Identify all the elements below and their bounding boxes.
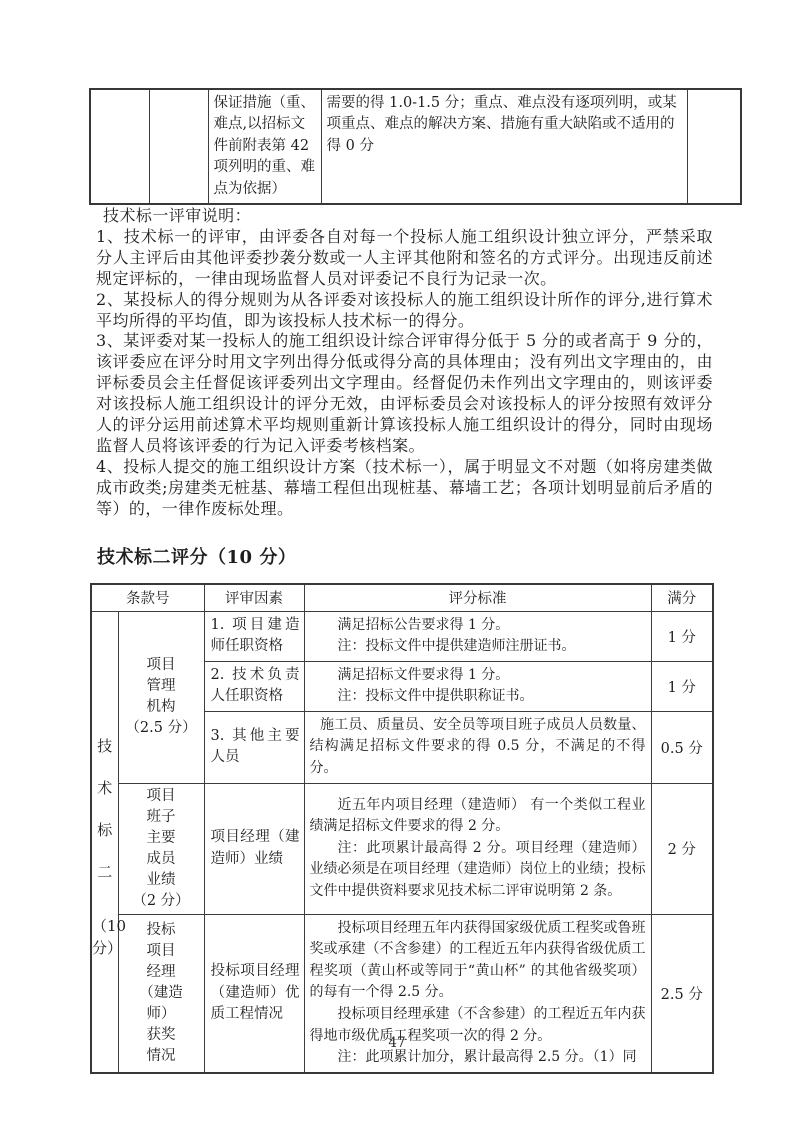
factor-cell: 2. 技术负责人任职资格 bbox=[204, 661, 304, 711]
document-page: 保证措施（重、难点,以招标文件前附表第 42 项列明的重、难点为依据） 需要的得… bbox=[0, 0, 794, 1122]
tech-bid-1-notes: 技术标一评审说明： 1、技术标一的评审，由评委各自对每一个投标人施工组织设计独立… bbox=[96, 206, 713, 520]
continued-score-table: 保证措施（重、难点,以招标文件前附表第 42 项列明的重、难点为依据） 需要的得… bbox=[89, 88, 742, 205]
factor-cell: 1. 项目建造师任职资格 bbox=[204, 611, 304, 661]
page-number: 47 bbox=[0, 1035, 794, 1051]
criteria-paragraph: 施工员、质量员、安全员等项目班子成员人员数量、结构满足招标文件要求的得 0.5 … bbox=[310, 715, 646, 780]
notes-title: 技术标一评审说明： bbox=[96, 206, 713, 227]
note-item: 4、投标人提交的施工组织设计方案（技术标一），属于明显文不对题（如将房建类做成市… bbox=[96, 457, 713, 520]
section-heading: 技术标二评分（10 分） bbox=[97, 543, 296, 569]
side-label-suffix: （10 分） bbox=[92, 915, 118, 959]
criteria-cell: 满足招标文件要求得 1 分。 注：投标文件中提供职称证书。 bbox=[304, 661, 651, 711]
side-label-main: 技 术 标 二 bbox=[92, 725, 118, 893]
max-score-cell: 1 分 bbox=[651, 611, 713, 661]
note-item: 1、技术标一的评审，由评委各自对每一个投标人施工组织设计独立评分，严禁采取分人主… bbox=[96, 227, 713, 290]
group-label-cell: 项目 班子 主要 成员 业绩 （2 分） bbox=[118, 783, 204, 914]
criteria-paragraph: 注：投标文件中提供职称证书。 bbox=[310, 686, 646, 708]
header-criteria: 评分标准 bbox=[304, 584, 651, 611]
note-item: 2、某投标人的得分规则为从各评委对该投标人的施工组织设计所作的评分,进行算术平均… bbox=[96, 290, 713, 332]
criteria-paragraph: 注：此项累计最高得 2 分。项目经理（建造师）业绩必须是在项目经理（建造师）岗位… bbox=[310, 838, 646, 903]
factor-cell: 项目经理（建造师）业绩 bbox=[204, 783, 304, 914]
group-label-cell: 项目 管理 机构 （2.5 分） bbox=[118, 611, 204, 783]
max-score-cell: 0.5 分 bbox=[651, 711, 713, 783]
clause-col-cell bbox=[90, 89, 149, 204]
max-score-cell: 1 分 bbox=[651, 661, 713, 711]
criteria-paragraph: 近五年内项目经理（建造师） 有一个类似工程业绩满足招标文件要求的得 2 分。 bbox=[310, 795, 646, 838]
criteria-paragraph: 投标项目经理五年内获得国家级优质工程奖或鲁班奖或承建（不含参建）的工程近五年内获… bbox=[310, 918, 646, 1004]
note-item: 3、某评委对某一投标人的施工组织设计综合评审得分低于 5 分的或者高于 9 分的… bbox=[96, 331, 713, 456]
header-factor: 评审因素 bbox=[204, 584, 304, 611]
max-score-cell: 2 分 bbox=[651, 783, 713, 914]
criteria-paragraph: 满足招标公告要求得 1 分。 bbox=[310, 615, 646, 637]
header-clause: 条款号 bbox=[91, 584, 204, 611]
group-col-cell bbox=[149, 89, 208, 204]
criteria-cell: 近五年内项目经理（建造师） 有一个类似工程业绩满足招标文件要求的得 2 分。 注… bbox=[304, 783, 651, 914]
table-row: 项目 班子 主要 成员 业绩 （2 分） 项目经理（建造师）业绩 近五年内项目经… bbox=[91, 783, 713, 914]
criteria-paragraph: 满足招标文件要求得 1 分。 bbox=[310, 665, 646, 687]
max-score-cell bbox=[687, 89, 741, 204]
criteria-cell: 满足招标公告要求得 1 分。 注：投标文件中提供建造师注册证书。 bbox=[304, 611, 651, 661]
criteria-cell: 施工员、质量员、安全员等项目班子成员人员数量、结构满足招标文件要求的得 0.5 … bbox=[304, 711, 651, 783]
criteria-cell: 需要的得 1.0-1.5 分；重点、难点没有逐项列明，或某项重点、难点的解决方案… bbox=[321, 89, 687, 204]
table-row: 技 术 标 二 （10 分） 项目 管理 机构 （2.5 分） 1. 项目建造师… bbox=[91, 611, 713, 661]
table-row: 保证措施（重、难点,以招标文件前附表第 42 项列明的重、难点为依据） 需要的得… bbox=[90, 89, 741, 204]
factor-cell: 保证措施（重、难点,以招标文件前附表第 42 项列明的重、难点为依据） bbox=[208, 89, 321, 204]
tech-bid-2-score-table: 条款号 评审因素 评分标准 满分 技 术 标 二 （10 分） 项目 管理 机构… bbox=[90, 583, 714, 1074]
criteria-paragraph: 注：投标文件中提供建造师注册证书。 bbox=[310, 636, 646, 658]
factor-cell: 3. 其他主要人员 bbox=[204, 711, 304, 783]
table-header-row: 条款号 评审因素 评分标准 满分 bbox=[91, 584, 713, 611]
side-label-cell: 技 术 标 二 （10 分） bbox=[91, 611, 118, 1073]
header-max: 满分 bbox=[651, 584, 713, 611]
